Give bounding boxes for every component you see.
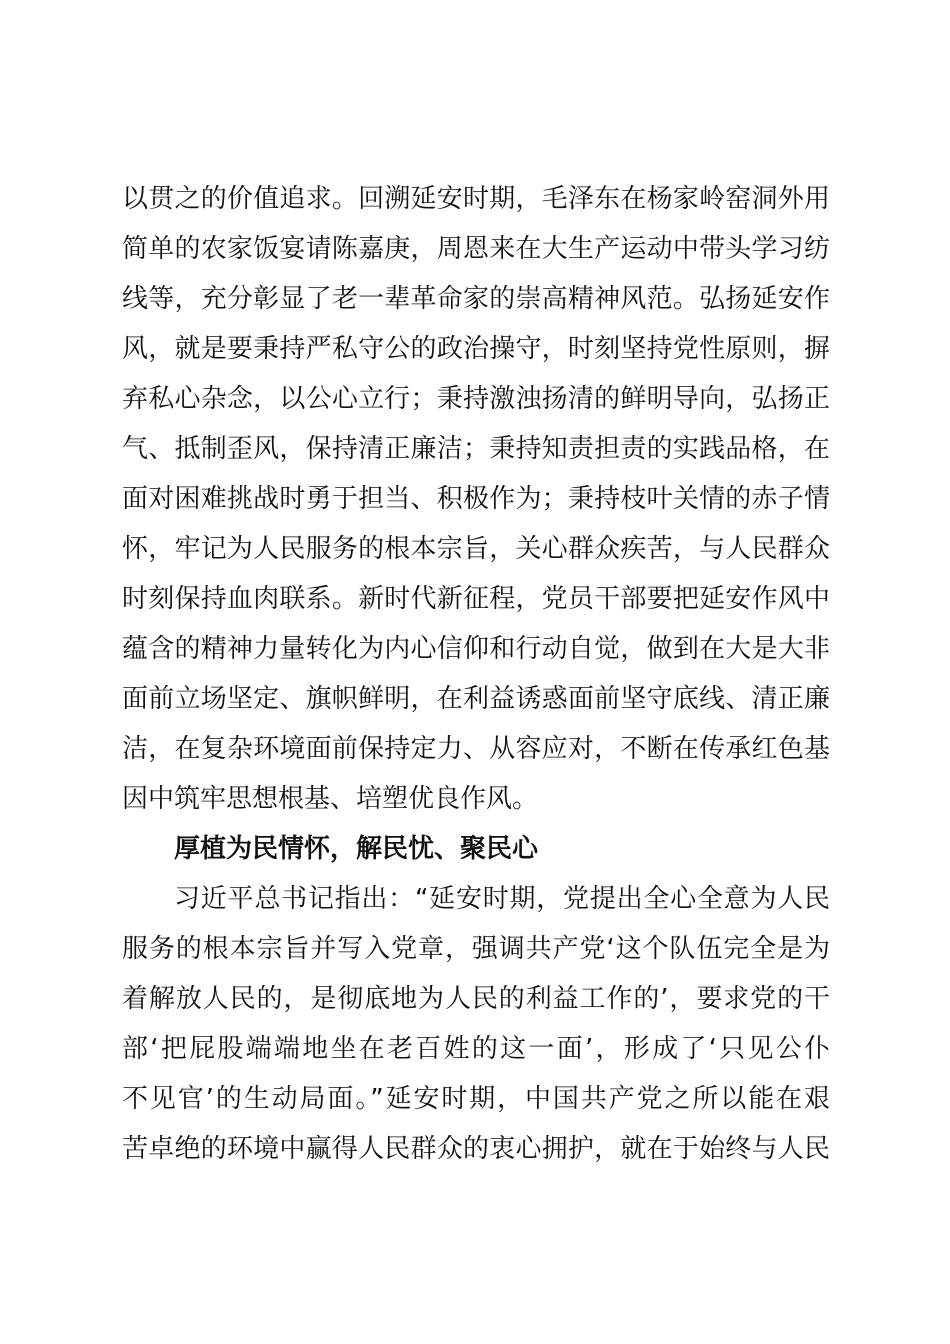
text-line: 不见官’的生动局面。”延安时期，中国共产党之所以能在艰 [122, 1074, 830, 1124]
section-heading: 厚植为民情怀，解民忧、聚民心 [122, 824, 830, 874]
text-line: 蕴含的精神力量转化为内心信仰和行动自觉，做到在大是大非 [122, 624, 830, 674]
document-text-block: 以贯之的价值追求。回溯延安时期，毛泽东在杨家岭窑洞外用 简单的农家饭宴请陈嘉庚，… [122, 174, 830, 1174]
text-line: 洁，在复杂环境面前保持定力、从容应对，不断在传承红色基 [122, 724, 830, 774]
text-line: 着解放人民的，是彻底地为人民的利益工作的’，要求党的干 [122, 974, 830, 1024]
text-line: 面对困难挑战时勇于担当、积极作为；秉持枝叶关情的赤子情 [122, 474, 830, 524]
text-line: 气、抵制歪风，保持清正廉洁；秉持知责担责的实践品格，在 [122, 424, 830, 474]
text-line: 苦卓绝的环境中赢得人民群众的衷心拥护，就在于始终与人民 [122, 1124, 830, 1174]
text-line: 以贯之的价值追求。回溯延安时期，毛泽东在杨家岭窑洞外用 [122, 174, 830, 224]
text-line: 弃私心杂念，以公心立行；秉持激浊扬清的鲜明导向，弘扬正 [122, 374, 830, 424]
text-line: 因中筑牢思想根基、培塑优良作风。 [122, 774, 830, 824]
text-line: 部‘把屁股端端地坐在老百姓的这一面’，形成了‘只见公仆 [122, 1024, 830, 1074]
document-page: 以贯之的价值追求。回溯延安时期，毛泽东在杨家岭窑洞外用 简单的农家饭宴请陈嘉庚，… [0, 0, 950, 1344]
text-line: 服务的根本宗旨并写入党章，强调共产党‘这个队伍完全是为 [122, 924, 830, 974]
text-line: 怀，牢记为人民服务的根本宗旨，关心群众疾苦，与人民群众 [122, 524, 830, 574]
text-line: 面前立场坚定、旗帜鲜明，在利益诱惑面前坚守底线、清正廉 [122, 674, 830, 724]
text-line: 时刻保持血肉联系。新时代新征程，党员干部要把延安作风中 [122, 574, 830, 624]
paragraph-continuation: 以贯之的价值追求。回溯延安时期，毛泽东在杨家岭窑洞外用 简单的农家饭宴请陈嘉庚，… [122, 174, 830, 824]
text-line: 线等，充分彰显了老一辈革命家的崇高精神风范。弘扬延安作 [122, 274, 830, 324]
text-line: 习近平总书记指出：“延安时期，党提出全心全意为人民 [122, 874, 830, 924]
paragraph-people: 习近平总书记指出：“延安时期，党提出全心全意为人民 服务的根本宗旨并写入党章，强… [122, 874, 830, 1174]
text-line: 简单的农家饭宴请陈嘉庚，周恩来在大生产运动中带头学习纺 [122, 224, 830, 274]
text-line: 风，就是要秉持严私守公的政治操守，时刻坚持党性原则，摒 [122, 324, 830, 374]
